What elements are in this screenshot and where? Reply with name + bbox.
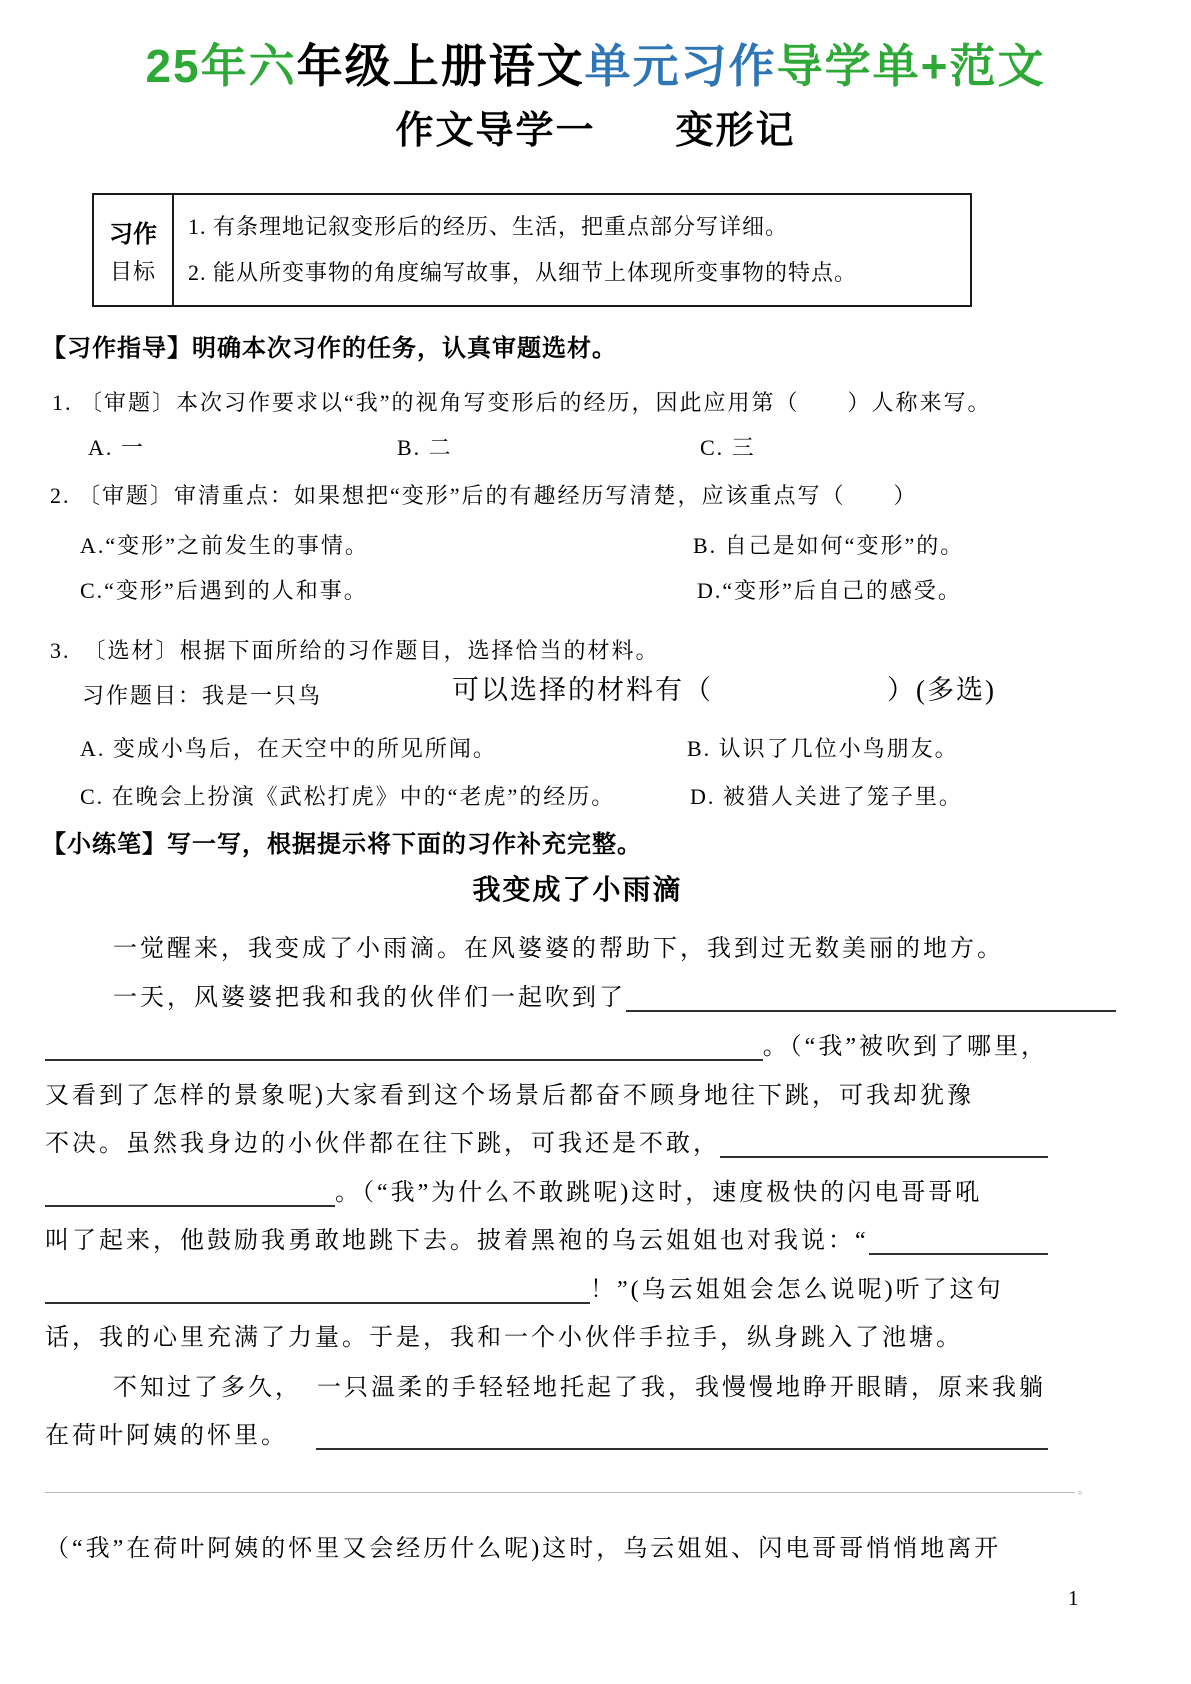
question-1-option-a: A. 一 [88, 431, 145, 462]
question-2-text: 2. 〔审题〕审清重点：如果想把“变形”后的有趣经历写清楚，应该重点写（ ） [50, 479, 918, 510]
separator-mark: 。 [1078, 1481, 1089, 1497]
goals-label-line2: 目标 [110, 255, 156, 286]
title-part-grade: 年级上册语文 [297, 40, 585, 92]
fill-in-blank[interactable] [45, 1272, 590, 1304]
essay-line-10: 不知过了多久， 一只温柔的手轻轻地托起了我，我慢慢地睁开眼睛，原来我躺 [45, 1367, 1116, 1402]
essay-text: 话，我的心里充满了力量。于是，我和一个小伙伴手拉手，纵身跳入了池塘。 [45, 1317, 963, 1352]
essay-text: 不知过了多久， 一只温柔的手轻轻地托起了我，我慢慢地睁开眼睛，原来我躺 [113, 1367, 1046, 1402]
essay-line-2: 一天，风婆婆把我和我的伙伴们一起吹到了 [45, 977, 1116, 1012]
essay-text: 又看到了怎样的景象呢)大家看到这个场景后都奋不顾身地往下跳，可我却犹豫 [45, 1075, 974, 1110]
goal-item-1: 1. 有条理地记叙变形后的经历、生活，把重点部分写详细。 [188, 204, 970, 250]
essay-text: ！”(乌云姐姐会怎么说呢)听了这句 [590, 1269, 1004, 1304]
goal-item-2: 2. 能从所变事物的角度编写故事，从细节上体现所变事物的特点。 [188, 250, 970, 296]
fill-in-blank[interactable] [720, 1126, 1048, 1158]
question-3-choose-prompt: 可以选择的材料有（ ）(多选) [452, 668, 996, 707]
question-2-option-a: A.“变形”之前发生的事情。 [80, 529, 369, 560]
essay-text: 。（“我”为什么不敢跳呢)这时，速度极快的闪电哥哥吼 [335, 1172, 982, 1207]
essay-line-9: 话，我的心里充满了力量。于是，我和一个小伙伴手拉手，纵身跳入了池塘。 [45, 1317, 1048, 1352]
essay-line-5: 不决。虽然我身边的小伙伴都在往下跳，可我还是不敢， [45, 1123, 1048, 1158]
fill-in-blank[interactable] [45, 1029, 763, 1061]
question-3-option-a: A. 变成小鸟后，在天空中的所见所闻。 [80, 732, 497, 763]
question-2-option-c: C.“变形”后遇到的人和事。 [80, 574, 368, 605]
goals-body-cell: 1. 有条理地记叙变形后的经历、生活，把重点部分写详细。 2. 能从所变事物的角… [174, 195, 970, 305]
practice-section-heading: 【小练笔】写一写，根据提示将下面的习作补充完整。 [42, 824, 642, 859]
lesson-subtitle: 作文导学一 变形记 [0, 99, 1191, 154]
question-3-text: 3. 〔选材〕根据下面所给的习作题目，选择恰当的材料。 [50, 634, 660, 665]
fill-in-blank[interactable] [869, 1223, 1048, 1255]
essay-text: 叫了起来，他鼓励我勇敢地跳下去。披着黑袍的乌云姐姐也对我说：“ [45, 1220, 869, 1255]
page-title: 25年六年级上册语文单元习作导学单+范文 [0, 30, 1191, 96]
question-3-option-d: D. 被猎人关进了笼子里。 [690, 780, 963, 811]
question-3-option-c: C. 在晚会上扮演《武松打虎》中的“老虎”的经历。 [80, 780, 615, 811]
goals-label-cell: 习作 目标 [94, 195, 174, 305]
essay-line-8: ！”(乌云姐姐会怎么说呢)听了这句 [45, 1269, 1048, 1304]
fill-in-blank[interactable] [626, 980, 1116, 1012]
page-number: 1 [1068, 1586, 1079, 1611]
goals-label-line1: 习作 [109, 214, 157, 249]
title-part-unit: 单元习作 [585, 40, 777, 92]
fill-in-blank[interactable] [45, 1175, 335, 1207]
essay-line-6: 。（“我”为什么不敢跳呢)这时，速度极快的闪电哥哥吼 [45, 1172, 1048, 1207]
essay-title: 我变成了小雨滴 [0, 868, 1155, 908]
title-part-year: 25年六 [145, 40, 296, 92]
question-1-option-c: C. 三 [700, 431, 756, 462]
essay-line-1: 一觉醒来，我变成了小雨滴。在风婆婆的帮助下，我到过无数美丽的地方。 [45, 928, 1116, 963]
fill-in-blank[interactable] [316, 1418, 1048, 1450]
essay-line-11: 在荷叶阿姨的怀里。 [45, 1415, 1048, 1450]
title-part-guide: 导学单+范文 [777, 40, 1046, 92]
question-1-text: 1. 〔审题〕本次习作要求以“我”的视角写变形后的经历，因此应用第（ ）人称来写… [52, 386, 992, 417]
essay-text: （“我”在荷叶阿姨的怀里又会经历什么呢)这时，乌云姐姐、闪电哥哥悄悄地离开 [45, 1528, 1001, 1563]
essay-line-4: 又看到了怎样的景象呢)大家看到这个场景后都奋不顾身地往下跳，可我却犹豫 [45, 1075, 1048, 1110]
worksheet-page: 25年六年级上册语文单元习作导学单+范文 作文导学一 变形记 习作 目标 1. … [0, 0, 1191, 1684]
guide-section-heading: 【习作指导】明确本次习作的任务，认真审题选材。 [42, 328, 617, 363]
question-3-option-b: B. 认识了几位小鸟朋友。 [687, 732, 959, 763]
question-2-option-b: B. 自己是如何“变形”的。 [693, 529, 964, 560]
essay-line-12: （“我”在荷叶阿姨的怀里又会经历什么呢)这时，乌云姐姐、闪电哥哥悄悄地离开 [45, 1528, 1048, 1563]
essay-line-3: 。（“我”被吹到了哪里， [45, 1026, 1048, 1061]
essay-text: 在荷叶阿姨的怀里。 [45, 1415, 288, 1450]
question-1-option-b: B. 二 [397, 431, 453, 462]
essay-text: 一觉醒来，我变成了小雨滴。在风婆婆的帮助下，我到过无数美丽的地方。 [113, 928, 1004, 963]
question-2-option-d: D.“变形”后自己的感受。 [697, 574, 962, 605]
writing-goals-table: 习作 目标 1. 有条理地记叙变形后的经历、生活，把重点部分写详细。 2. 能从… [92, 193, 972, 307]
question-3-topic: 习作题目：我是一只鸟 [82, 679, 322, 710]
essay-text: 一天，风婆婆把我和我的伙伴们一起吹到了 [113, 977, 626, 1012]
essay-text: 不决。虽然我身边的小伙伴都在往下跳，可我还是不敢， [45, 1123, 720, 1158]
essay-line-7: 叫了起来，他鼓励我勇敢地跳下去。披着黑袍的乌云姐姐也对我说：“ [45, 1220, 1048, 1255]
essay-text: 。（“我”被吹到了哪里， [763, 1026, 1048, 1061]
separator-line [45, 1492, 1075, 1493]
